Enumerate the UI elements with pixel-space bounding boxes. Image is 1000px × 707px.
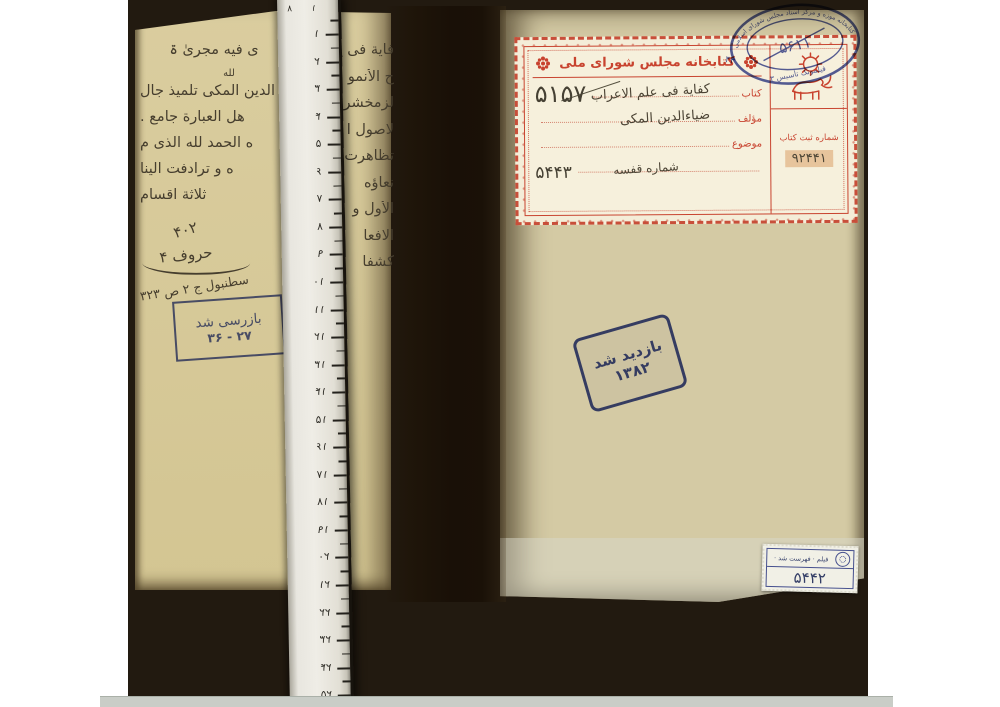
ruler-tick-minor	[333, 157, 341, 159]
ruler-number: ۱۹	[317, 524, 328, 536]
manuscript-line-start: تظاهرت	[342, 148, 394, 175]
ruler-tick-minor	[334, 212, 342, 214]
manuscript-text-right-of-ruler: فایة فی عح الأنمولزمخشریلاصول اتظاهرتنعا…	[342, 42, 394, 281]
ruler-tick-major	[333, 419, 346, 421]
catalog-label-number: ۵۴۴۲	[767, 567, 853, 588]
manuscript-line: لله	[140, 68, 288, 83]
ruler-number: ۱	[314, 28, 320, 40]
catalog-label: فیلم · فهرست شد · ۵۴۴۲	[761, 544, 858, 593]
ruler-tick-minor	[342, 626, 350, 628]
card-field-row: مؤلف ضیاءالدین المکی	[533, 103, 762, 130]
manuscript-line: ه الحمد لله آلذی م	[140, 135, 288, 161]
ruler-tick-major	[335, 529, 348, 531]
ruler-tick-major	[332, 364, 345, 366]
ruler-number: ۲۲	[319, 606, 330, 618]
ruler-tick-minor	[332, 102, 340, 104]
manuscript-line-start: فایة فی ع	[342, 42, 394, 69]
ruler-number: ۲	[314, 55, 320, 67]
ruler-tick-minor	[340, 543, 348, 545]
ruler-tick-major	[326, 33, 339, 35]
ruler-number: ۴	[315, 110, 321, 122]
card-field-row: شماره قفسه ۵۴۴۳	[533, 153, 762, 180]
catalog-label-top-row: فیلم · فهرست شد ·	[767, 549, 853, 569]
book-gutter-shadow	[384, 6, 506, 602]
ruler-tick-major	[337, 639, 350, 641]
ruler-tick-major	[328, 144, 341, 146]
ruler-tick-minor	[338, 433, 346, 435]
manuscript-line-start: ح الأنمو	[342, 69, 394, 96]
ruler-tick-major	[332, 392, 345, 394]
ruler-tick-minor	[331, 47, 339, 49]
manuscript-line: ی فیه مجریٰ ۃ	[140, 42, 288, 68]
ruler-tick-minor	[338, 460, 346, 462]
measuring-ruler: ۸۱۱۲۳۴۵۶۷۸۹۱۰۱۱۱۲۱۳۱۴۱۵۱۶۱۷۱۸۱۹۲۰۲۱۲۲۲۳۲…	[277, 0, 354, 702]
ruler-tick-major	[329, 226, 342, 228]
ruler-number: ۱۴	[315, 386, 326, 398]
manuscript-line-start: لزمخشری	[342, 95, 394, 122]
scan-area: ی فیه مجریٰ ۃللهالدین المکی تلمیذ جالهل …	[128, 0, 868, 707]
ruler-number: ۱۷	[316, 469, 327, 481]
ruler-number: ۱۳	[314, 358, 325, 370]
ruler-tick-major	[335, 557, 348, 559]
ruler-tick-major	[328, 171, 341, 173]
ruler-tick-major	[334, 502, 347, 504]
ruler-tick-major	[327, 116, 340, 118]
catalog-label-frame: فیلم · فهرست شد · ۵۴۴۲	[766, 548, 855, 589]
registration-number: ۹۲۴۴۱	[785, 150, 834, 167]
ruler-number: ۱۰	[313, 276, 324, 288]
ruler-tick-major	[326, 61, 339, 63]
ruler-tick-minor	[339, 515, 347, 517]
scanner-bed-edge	[100, 696, 893, 707]
manuscript-line: ه و ترادفت الینا	[140, 161, 288, 187]
ruler-number: ۱۶	[316, 441, 327, 453]
ruler-tick-minor	[335, 268, 343, 270]
registration-label: شماره ثبت کتاب	[779, 133, 838, 143]
ruler-tick-minor	[333, 185, 341, 187]
ruler-number: ۵	[316, 138, 322, 150]
inspection-stamp: بازرسی شد ۳۶ - ۲۷	[172, 294, 286, 362]
ruler-number: ۲۰	[318, 551, 329, 563]
ruler-tick-major	[330, 281, 343, 283]
ruler-number: ۲۱	[318, 579, 329, 591]
ruler-tick-minor	[332, 130, 340, 132]
ruler-number: ۸	[317, 221, 323, 233]
ruler-number: ۷	[317, 193, 323, 205]
ruler-tick-minor	[341, 598, 349, 600]
ruler-tick-major	[336, 584, 349, 586]
ruler-number: ۹	[318, 248, 324, 260]
ruler-tick-minor	[341, 571, 349, 573]
manuscript-line-start: کشفا	[342, 254, 394, 281]
majlis-seal-icon	[835, 552, 850, 567]
ruler-tick-minor	[339, 488, 347, 490]
manuscript-line-start: نعاؤه	[342, 175, 394, 202]
inspection-stamp-numbers: ۳۶ - ۲۷	[207, 327, 252, 345]
ruler-tick-minor	[331, 75, 339, 77]
manuscript-line-start: الافعا	[342, 228, 394, 255]
ruler-number: ۱۸	[317, 496, 328, 508]
manuscript-line: هل العبارة جامع .	[140, 109, 288, 135]
ruler-tick-major	[327, 89, 340, 91]
ruler-tick-major	[334, 474, 347, 476]
ruler-tick-major	[336, 612, 349, 614]
ruler-tick-minor	[343, 681, 351, 683]
rosette-icon	[535, 56, 550, 71]
ruler-tick-minor	[336, 350, 344, 352]
library-card-title: کتابخانه مجلس شورای ملی	[559, 55, 735, 71]
ruler-top-mark: ۱	[311, 4, 316, 14]
ruler-tick-minor	[337, 378, 345, 380]
ruler-number: ۲۴	[320, 661, 331, 673]
ruler-tick-major	[333, 447, 346, 449]
ruler-number: ۶	[316, 166, 322, 178]
ruler-number: ۲۳	[319, 634, 330, 646]
ruler-tick-major	[331, 336, 344, 338]
card-field-row: موضوع	[533, 128, 762, 155]
blue-handwritten-mark: ۴۳	[724, 55, 736, 67]
manuscript-line: الدین المکی تلمیذ جال	[140, 83, 288, 109]
catalog-label-text: فیلم · فهرست شد ·	[770, 553, 832, 563]
ruler-tick-minor	[337, 405, 345, 407]
ruler-tick-major	[330, 254, 343, 256]
ruler-number: ۳	[315, 83, 321, 95]
ruler-number: ۱۵	[315, 413, 326, 425]
oval-library-stamp: کتابخانه موزه و مرکز اسناد مجلس شورای اس…	[722, 0, 868, 96]
manuscript-line-start: لاصول ا	[342, 122, 394, 149]
book-scan-canvas: ی فیه مجریٰ ۃللهالدین المکی تلمیذ جالهل …	[0, 0, 1000, 707]
ruler-tick-major	[337, 667, 350, 669]
ruler-tick-minor	[335, 295, 343, 297]
manuscript-line-start: الأول و	[342, 201, 394, 228]
ruler-tick-major	[331, 309, 344, 311]
ruler-number: ۱۲	[314, 331, 325, 343]
ruler-top-mark: ۸	[287, 4, 292, 14]
ruler-tick-minor	[330, 20, 338, 22]
ruler-tick-minor	[342, 653, 350, 655]
ruler-number: ۱۱	[313, 303, 324, 315]
ruler-tick-minor	[334, 240, 342, 242]
ruler-tick-minor	[336, 323, 344, 325]
ruler-tick-major	[329, 199, 342, 201]
manuscript-text-left-of-ruler: ی فیه مجریٰ ۃللهالدین المکی تلمیذ جالهل …	[140, 42, 288, 303]
